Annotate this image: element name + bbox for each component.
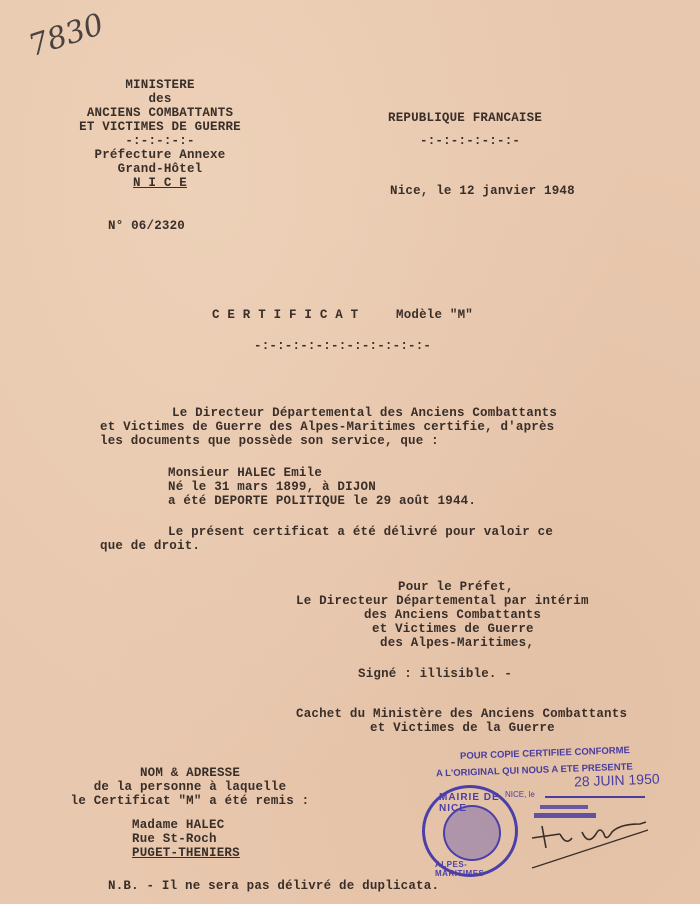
cachet-line: Cachet du Ministère des Anciens Combatta… [296,707,627,721]
header-line: des [60,92,260,106]
city-name: N I C E [133,176,187,190]
recipient-name: Madame HALEC [132,818,224,832]
recipient-heading: le Certificat "M" a été remis : [60,794,320,808]
subject-birth: Né le 31 mars 1899, à DIJON [168,480,376,494]
signed-illegible: Signé : illisible. - [358,667,512,681]
header-separator: -:-:-:-:- [60,134,260,148]
body-line: Le Directeur Départemental des Anciens C… [172,406,557,420]
signature-line: des Anciens Combattants [364,608,541,622]
header-line: MINISTERE [60,78,260,92]
recipient-heading: NOM & ADRESSE [60,766,320,780]
cachet-line: et Victimes de la Guerre [370,721,555,735]
certificate-title: C E R T I F I C A T [212,308,358,322]
country-heading: REPUBLIQUE FRANCAISE [388,111,542,125]
stamp-line: POUR COPIE CERTIFIEE CONFORME [460,745,630,762]
subject-status: a été DEPORTE POLITIQUE le 29 août 1944. [168,494,476,508]
place-date: Nice, le 12 janvier 1948 [390,184,575,198]
stamp-smudge [540,805,588,809]
header-line: Grand-Hôtel [60,162,260,176]
seal-emblem-icon [443,805,501,861]
body-line: les documents que possède son service, q… [100,434,439,448]
body-line: et Victimes de Guerre des Alpes-Maritime… [100,420,554,434]
header-line: ANCIENS COMBATTANTS [60,106,260,120]
stamp-date: 28 JUIN 1950 [574,771,660,790]
nb-note: N.B. - Il ne sera pas délivré de duplica… [108,879,439,893]
handwritten-archive-number: 7830 [24,7,107,64]
header-line: Préfecture Annexe [60,148,260,162]
certificate-model: Modèle "M" [396,308,473,322]
signature-line: des Alpes-Maritimes, [380,636,534,650]
header-city: N I C E [60,176,260,190]
signature-line: Le Directeur Départemental par intérim [296,594,589,608]
signature-line: Pour le Préfet, [398,580,514,594]
handwritten-signature-icon [530,812,660,872]
stamp-underline [545,796,645,798]
mairie-seal: MAIRIE DE NICE ALPES-MARITIMES [422,785,518,877]
country-separator: -:-:-:-:-:-:- [420,134,520,148]
signature-line: et Victimes de Guerre [372,622,534,636]
subject-name: Monsieur HALEC Emile [168,466,322,480]
recipient-city: PUGET-THENIERS [132,846,240,860]
seal-text-bottom: ALPES-MARITIMES [435,860,515,878]
body-line: que de droit. [100,539,200,553]
header-line: ET VICTIMES DE GUERRE [60,120,260,134]
title-separator: -:-:-:-:-:-:-:-:-:-:-:- [254,339,431,353]
recipient-heading: de la personne à laquelle [60,780,320,794]
body-line: Le présent certificat a été délivré pour… [168,525,553,539]
reference-number: N° 06/2320 [108,219,185,233]
recipient-street: Rue St-Roch [132,832,217,846]
